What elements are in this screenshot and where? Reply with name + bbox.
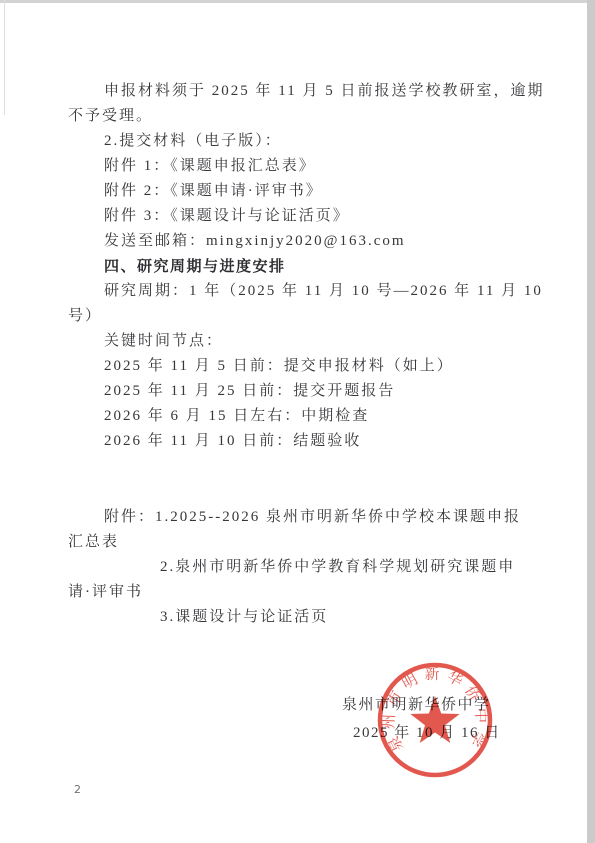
scan-border-top (0, 0, 595, 3)
document-lines: 申报材料须于 2025 年 11 月 5 日前报送学校教研室，逾期不予受理。2.… (68, 79, 538, 630)
doc-line: 关键时间节点： (68, 329, 538, 354)
scan-border-left (4, 0, 5, 115)
doc-line: 申报材料须于 2025 年 11 月 5 日前报送学校教研室，逾期 (68, 79, 538, 104)
doc-line: 汇总表 (68, 530, 538, 555)
scanned-document-page: { "page": { "number": "2" }, "document":… (0, 0, 595, 843)
doc-line: 2026 年 6 月 15 日左右：中期检查 (68, 404, 538, 429)
doc-line: 发送至邮箱：mingxinjy2020@163.com (68, 229, 538, 254)
doc-line: 四、研究周期与进度安排 (68, 254, 538, 279)
page-number: 2 (74, 783, 81, 796)
doc-line: 3.课题设计与论证活页 (68, 605, 538, 630)
doc-line: 附件：1.2025--2026 泉州市明新华侨中学校本课题申报 (68, 505, 538, 530)
doc-line: 2025 年 11 月 25 日前：提交开题报告 (68, 379, 538, 404)
signature-block: 泉州市明新华侨中学 2025 年 10 月 16 日 (342, 691, 501, 747)
doc-line: 2025 年 11 月 5 日前：提交申报材料（如上） (68, 354, 538, 379)
doc-line: 2.提交材料（电子版）： (68, 129, 538, 154)
signature-school-name: 泉州市明新华侨中学 (342, 691, 501, 719)
doc-line: 附件 1：《课题申报汇总表》 (68, 154, 538, 179)
doc-spacer (68, 454, 538, 505)
signature-date: 2025 年 10 月 16 日 (342, 719, 501, 747)
doc-line: 号） (68, 304, 538, 329)
doc-line: 2.泉州市明新华侨中学教育科学规划研究课题申 (68, 555, 538, 580)
scan-border-right (587, 0, 595, 843)
doc-line: 研究周期：1 年（2025 年 11 月 10 号—2026 年 11 月 10 (68, 279, 538, 304)
doc-line: 2026 年 11 月 10 日前：结题验收 (68, 429, 538, 454)
doc-line: 附件 3：《课题设计与论证活页》 (68, 204, 538, 229)
doc-line: 附件 2：《课题申请·评审书》 (68, 179, 538, 204)
doc-line: 不予受理。 (68, 104, 538, 129)
doc-line: 请·评审书 (68, 580, 538, 605)
